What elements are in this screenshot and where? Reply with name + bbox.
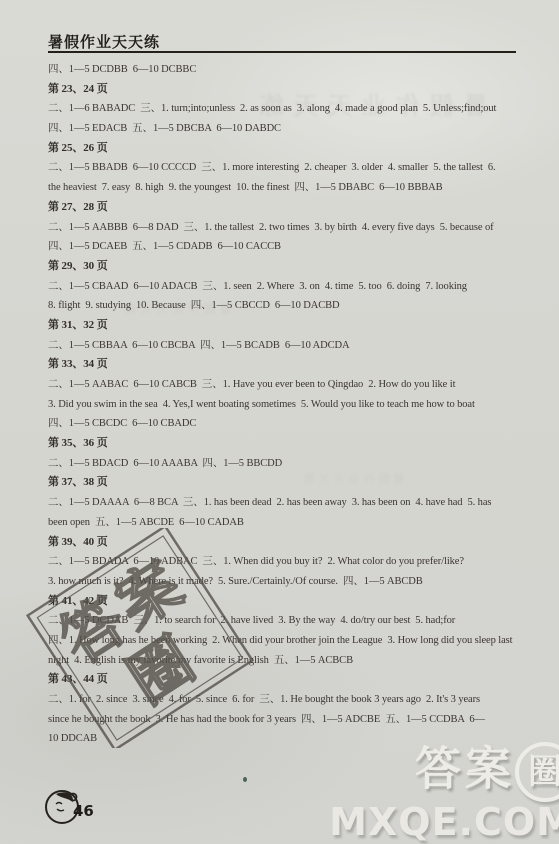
answer-line: since he bought the book 3. He has had t… bbox=[48, 710, 518, 730]
answer-line: 3. Did you swim in the sea 4. Yes,I went… bbox=[48, 395, 518, 415]
answer-line: night 4. English is my favorite/my favor… bbox=[48, 651, 518, 671]
answer-line: 3. how much is it? 4. Where is it made? … bbox=[48, 572, 518, 592]
page-heading: 第 29、30 页 bbox=[48, 257, 518, 277]
answer-line: 二、1—5 DAAAA 6—8 BCA 三、1. has been dead 2… bbox=[48, 493, 518, 513]
answer-line: 四、1. How long has he been working 2. Whe… bbox=[48, 631, 518, 651]
page-heading: 第 43、44 页 bbox=[48, 670, 518, 690]
page-heading: 第 37、38 页 bbox=[48, 473, 518, 493]
page-heading: 第 33、34 页 bbox=[48, 355, 518, 375]
brand-name-cn: 答案圈 bbox=[329, 742, 559, 802]
header-divider bbox=[48, 51, 516, 53]
answer-line: 二、1—5 CBAAD 6—10 ADACB 三、1. seen 2. Wher… bbox=[48, 277, 518, 297]
page-heading: 第 31、32 页 bbox=[48, 316, 518, 336]
brand-site-url: MXQE.COM bbox=[329, 802, 559, 842]
page-heading: 第 35、36 页 bbox=[48, 434, 518, 454]
answer-line: 四、1—5 CBCDC 6—10 CBADC bbox=[48, 414, 518, 434]
answer-line: 8. flight 9. studying 10. Because 四、1—5 … bbox=[48, 296, 518, 316]
page-heading: 第 39、40 页 bbox=[48, 533, 518, 553]
answer-line: 四、1—5 EDACB 五、1—5 DBCBA 6—10 DABDC bbox=[48, 119, 518, 139]
page-number: 46 bbox=[73, 802, 94, 820]
footer-left: 46 bbox=[42, 784, 132, 830]
answer-line: 四、1—5 DCAEB 五、1—5 CDADB 6—10 CACCB bbox=[48, 237, 518, 257]
paper-speck bbox=[243, 777, 247, 782]
answer-line: 二、1—5 BBADB 6—10 CCCCD 三、1. more interes… bbox=[48, 158, 518, 178]
answer-key-content: 四、1—5 DCDBB 6—10 DCBBC第 23、24 页二、1—6 BAB… bbox=[48, 60, 518, 749]
answer-line: 二、1—6 BABADC 三、1. turn;into;unless 2. as… bbox=[48, 99, 518, 119]
page-title: 暑假作业天天练 bbox=[48, 31, 160, 52]
site-watermark: 答案圈 MXQE.COM bbox=[329, 742, 559, 842]
page-heading: 第 25、26 页 bbox=[48, 139, 518, 159]
answer-line: 二、1—5 CBBAA 6—10 CBCBA 四、1—5 BCADB 6—10 … bbox=[48, 336, 518, 356]
page-heading: 第 23、24 页 bbox=[48, 80, 518, 100]
answer-line: 二、1. for 2. since 3. since 4. for 5. sin… bbox=[48, 690, 518, 710]
answer-line: been open 五、1—5 ABCDE 6—10 CADAB bbox=[48, 513, 518, 533]
answer-line: 二、1—5 BDACD 6—10 AAABA 四、1—5 BBCDD bbox=[48, 454, 518, 474]
answer-line: the heaviest 7. easy 8. high 9. the youn… bbox=[48, 178, 518, 198]
answer-line: 二、1—5 AABAC 6—10 CABCB 三、1. Have you eve… bbox=[48, 375, 518, 395]
answer-line: 二、1—5 BDADA 6—10 ADBAC 三、1. When did you… bbox=[48, 552, 518, 572]
answer-line: 二、1—5 DCDAB 三、1. to search for 2. have l… bbox=[48, 611, 518, 631]
answer-line: 10 DDCAB bbox=[48, 729, 518, 749]
answer-line: 四、1—5 DCDBB 6—10 DCBBC bbox=[48, 60, 518, 80]
page-heading: 第 27、28 页 bbox=[48, 198, 518, 218]
answer-line: 二、1—5 AABBB 6—8 DAD 三、1. the tallest 2. … bbox=[48, 218, 518, 238]
brand-circle-char: 圈 bbox=[515, 742, 559, 802]
page-heading: 第 41、42 页 bbox=[48, 592, 518, 612]
